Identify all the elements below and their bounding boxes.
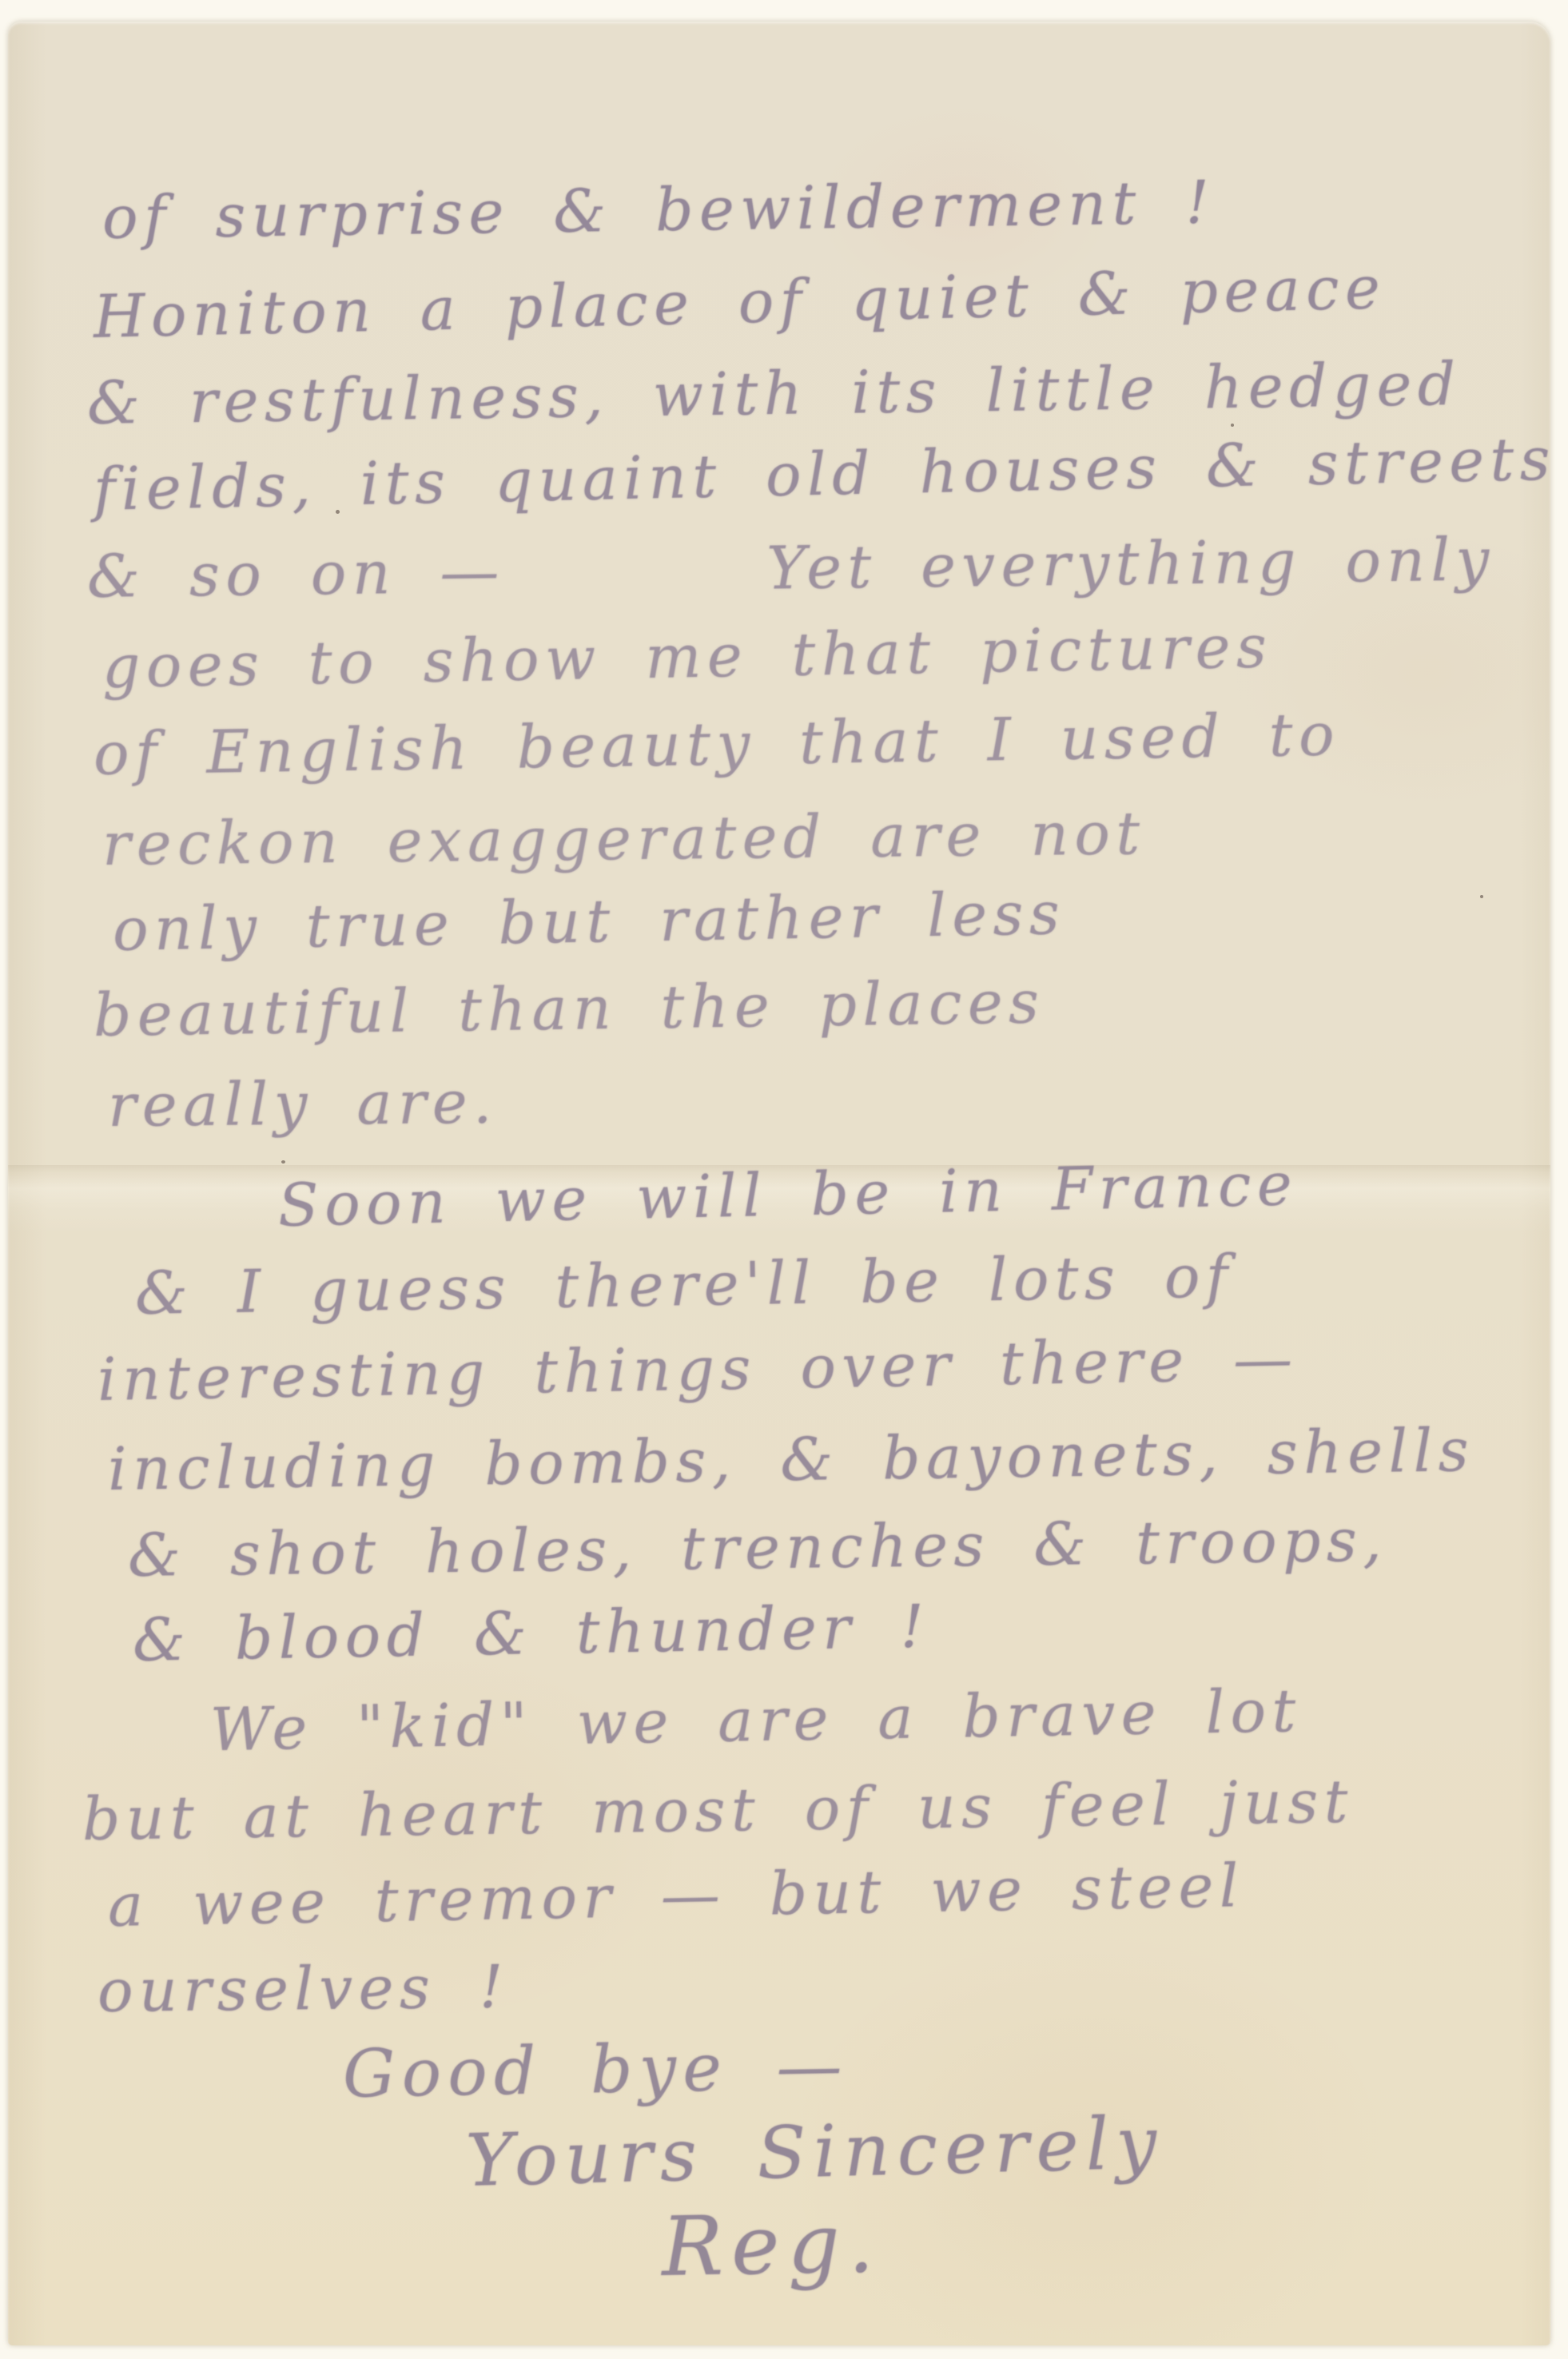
handwriting-line: only true but rather less <box>112 884 1065 960</box>
handwriting-line: We "kid" we are a brave lot <box>209 1681 1302 1760</box>
handwriting-line: ourselves ! <box>98 1958 510 2021</box>
handwriting-line: & shot holes, trenches & troops, <box>128 1511 1388 1585</box>
letter-scan: { "letter": { "description_label": "hand… <box>0 0 1568 2359</box>
handwriting-line: but at heart most of us feel just <box>82 1772 1354 1849</box>
handwriting-line: including bombs, & bayonets, shells <box>107 1421 1474 1499</box>
closing-line: Good bye — <box>342 2034 849 2108</box>
handwriting-line: reckon exaggerated are not <box>102 804 1146 874</box>
handwriting-line: & so on — Yet everything only <box>87 530 1496 607</box>
paper-speck <box>1480 895 1483 898</box>
handwriting-line: really are. <box>108 1073 498 1136</box>
closing-line: Yours Sincerely <box>465 2107 1164 2198</box>
handwriting-line: & blood & thunder ! <box>132 1597 930 1670</box>
handwriting-line: of surprise & bewilderment ! <box>101 173 1215 248</box>
signature: Reg. <box>661 2203 882 2289</box>
handwriting-line: & I guess there'll be lots of <box>134 1247 1234 1323</box>
handwriting-line: beautiful than the places <box>93 973 1045 1045</box>
handwriting-line: & restfulness, with its little hedged <box>86 355 1461 433</box>
paper-speck <box>281 1160 285 1164</box>
paper-speck <box>1231 424 1234 427</box>
